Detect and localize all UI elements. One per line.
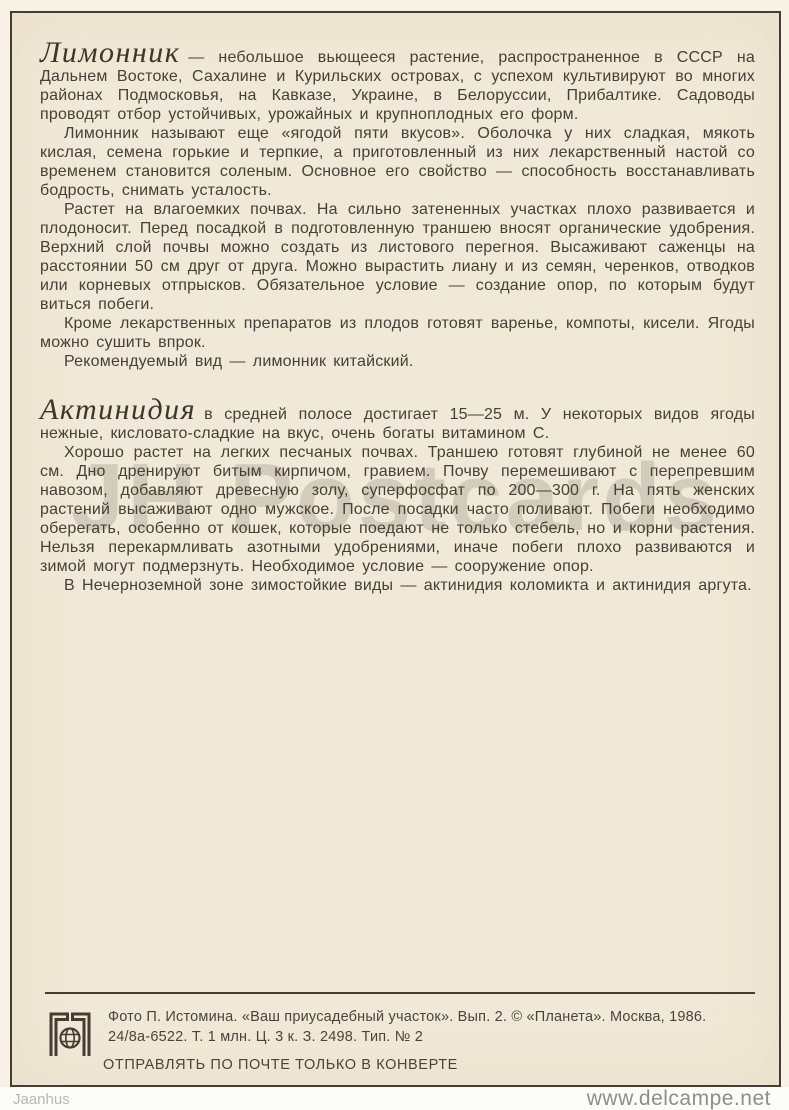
postcard-back: JH Postcards Лимонник— небольшое вьющеес… <box>10 11 781 1087</box>
limonnik-paragraph: Кроме лекарственных препаратов из плодов… <box>40 314 755 352</box>
aktinidiya-heading: Актинидия <box>40 393 204 426</box>
aktinidiya-paragraph: В Нечерноземной зоне зимостойкие виды — … <box>40 576 755 595</box>
limonnik-paragraph: Рекомендуемый вид — лимонник китайский. <box>40 352 755 371</box>
limonnik-paragraph: Растет на влагоемких почвах. На сильно з… <box>40 200 755 314</box>
imprint-line-2: 24/8а-6522. Т. 1 млн. Ц. 3 к. З. 2498. Т… <box>108 1027 706 1047</box>
section-aktinidiya: Актинидияв средней полосе достигает 15—2… <box>40 405 755 595</box>
scanned-postcard-page: JH Postcards Лимонник— небольшое вьющеес… <box>0 0 789 1110</box>
aktinidiya-paragraph: Хорошо растет на легких песчаных почвах.… <box>40 443 755 576</box>
delcampe-watermark: www.delcampe.net <box>587 1088 771 1110</box>
postcard-text: Лимонник— небольшое вьющееся растение, р… <box>12 13 779 595</box>
mailing-instruction: ОТПРАВЛЯТЬ ПО ПОЧТЕ ТОЛЬКО В КОНВЕРТЕ <box>103 1057 458 1073</box>
imprint-line-1: Фото П. Истомина. «Ваш приусадебный учас… <box>108 1007 706 1027</box>
section-limonnik: Лимонник— небольшое вьющееся растение, р… <box>40 48 755 371</box>
limonnik-lead-paragraph: Лимонник— небольшое вьющееся растение, р… <box>40 48 755 124</box>
planeta-publisher-logo-icon <box>45 1010 95 1058</box>
limonnik-paragraph: Лимонник называют еще «ягодой пяти вкусо… <box>40 124 755 200</box>
imprint-credits: Фото П. Истомина. «Ваш приусадебный учас… <box>108 1007 706 1047</box>
footer-strip: Jaanhus www.delcampe.net <box>0 1087 789 1110</box>
aktinidiya-lead-paragraph: Актинидияв средней полосе достигает 15—2… <box>40 405 755 443</box>
imprint-block: Фото П. Истомина. «Ваш приусадебный учас… <box>45 1007 706 1058</box>
imprint-divider-rule <box>45 992 755 994</box>
limonnik-heading: Лимонник <box>40 36 188 69</box>
seller-name-watermark: Jaanhus <box>13 1089 70 1110</box>
